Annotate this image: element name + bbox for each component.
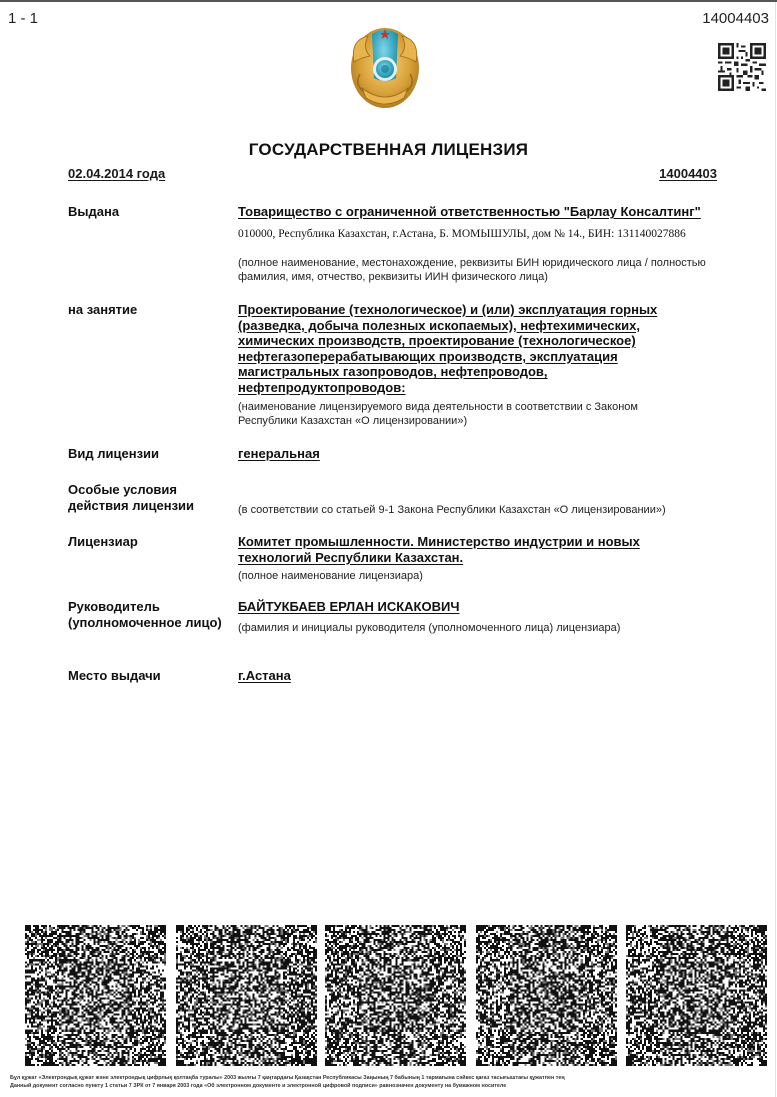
license-type-label: Вид лицензии (68, 446, 159, 462)
activity-value: Проектирование (технологическое) и (или)… (238, 302, 678, 395)
head-hint: (фамилия и инициалы руководителя (уполно… (238, 621, 738, 635)
head-label-2: (уполномоченное лицо) (68, 615, 222, 631)
place-value: г.Астана (238, 668, 738, 684)
head-value: БАЙТУКБАЕВ ЕРЛАН ИСКАКОВИЧ (238, 599, 738, 615)
barcode-5 (626, 925, 767, 1066)
coat-of-arms-icon (340, 22, 430, 112)
issued-to-label: Выдана (68, 204, 119, 220)
barcode-3 (325, 925, 466, 1066)
licensor-label: Лицензиар (68, 534, 138, 550)
page-indicator: 1 - 1 (8, 10, 38, 27)
document-number: 14004403 (702, 10, 769, 27)
qr-code-icon[interactable] (718, 43, 766, 91)
footer-line-kz: Бұл құжат «Электрондық құжат және электр… (10, 1074, 770, 1082)
license-number: 14004403 (659, 166, 717, 181)
activity-label: на занятие (68, 302, 137, 318)
document-title: ГОСУДАРСТВЕННАЯ ЛИЦЕНЗИЯ (0, 140, 777, 160)
issue-date: 02.04.2014 года (68, 166, 165, 181)
legal-footer: Бұл құжат «Электрондық құжат және электр… (10, 1074, 770, 1090)
barcode-4 (476, 925, 617, 1066)
special-conditions-label-2: действия лицензии (68, 498, 194, 514)
issued-to-hint: (полное наименование, местонахождение, р… (238, 256, 708, 284)
barcode-2 (176, 925, 317, 1066)
issued-to-address: 010000, Республика Казахстан, г.Астана, … (238, 226, 738, 242)
licensor-value: Комитет промышленности. Министерство инд… (238, 534, 668, 566)
special-conditions-label-1: Особые условия (68, 482, 177, 498)
issued-to-value: Товарищество с ограниченной ответственно… (238, 204, 738, 220)
footer-line-ru: Данный документ согласно пункту 1 статьи… (10, 1082, 770, 1090)
page-edge (775, 2, 776, 1097)
activity-hint: (наименование лицензируемого вида деятел… (238, 400, 698, 428)
head-label-1: Руководитель (68, 599, 160, 615)
place-label: Место выдачи (68, 668, 161, 684)
licensor-hint: (полное наименование лицензиара) (238, 569, 738, 583)
special-conditions-hint: (в соответствии со статьей 9-1 Закона Ре… (238, 503, 738, 517)
barcode-1 (25, 925, 166, 1066)
top-bar (0, 0, 777, 2)
license-type-value: генеральная (238, 446, 738, 462)
